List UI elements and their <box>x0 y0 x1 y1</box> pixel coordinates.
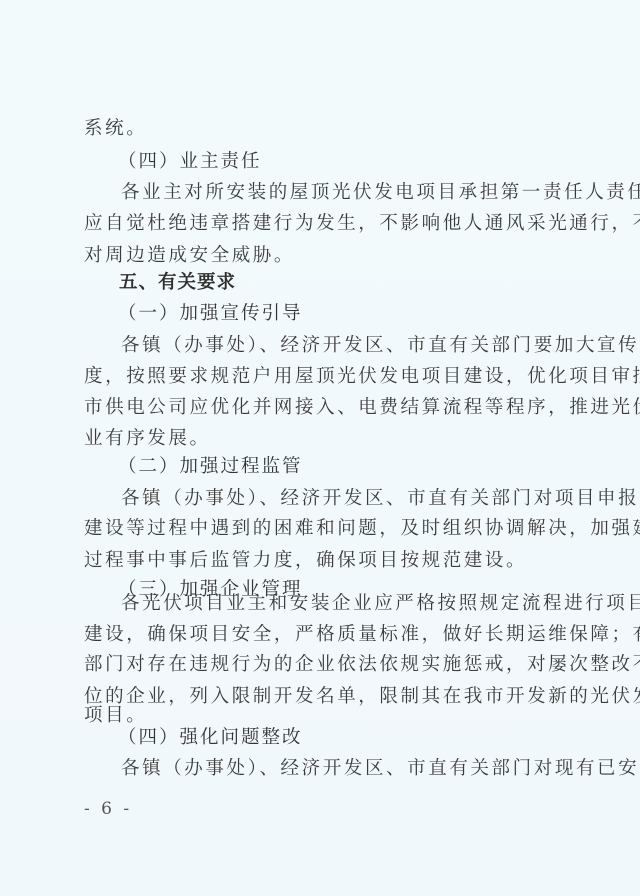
text-line: 建设等过程中遇到的困难和问题，及时组织协调解决，加强建设 <box>84 517 554 541</box>
text-line: 过程事中事后监管力度，确保项目按规范建设。 <box>84 549 554 573</box>
subheading-publicity: （一）加强宣传引导 <box>118 302 588 326</box>
subheading-owner-responsibility: （四）业主责任 <box>118 150 588 174</box>
text-line: 市供电公司应优化并网接入、电费结算流程等程序，推进光伏产 <box>84 396 554 420</box>
text-line: 项目。 <box>84 704 554 728</box>
subheading-process-supervision: （二）加强过程监管 <box>118 455 588 479</box>
text-line: 业有序发展。 <box>84 427 554 451</box>
text-line: 对周边造成安全威胁。 <box>84 244 554 268</box>
text-line: 各镇（办事处）、经济开发区、市直有关部门要加大宣传力 <box>121 334 591 358</box>
text-line: 建设，确保项目安全，严格质量标准，做好长期运维保障；有关 <box>84 623 554 647</box>
text-line: 各镇（办事处）、经济开发区、市直有关部门对现有已安装 <box>121 757 591 781</box>
subheading-problem-rectification: （四）强化问题整改 <box>118 726 588 750</box>
text-line: 部门对存在违规行为的企业依法依规实施惩戒，对屡次整改不到 <box>84 653 554 677</box>
page-number: - 6 - <box>84 799 132 819</box>
document-page: 系统。 （四）业主责任 各业主对所安装的屋顶光伏发电项目承担第一责任人责任， 应… <box>0 0 640 896</box>
text-line: 各业主对所安装的屋顶光伏发电项目承担第一责任人责任， <box>121 181 591 205</box>
text-line: 各光伏项目业主和安装企业应严格按照规定流程进行项目 <box>121 592 591 616</box>
text-line: 应自觉杜绝违章搭建行为发生，不影响他人通风采光通行，不能 <box>84 212 554 236</box>
text-line: 度，按照要求规范户用屋顶光伏发电项目建设，优化项目审批； <box>84 365 554 389</box>
section-heading-requirements: 五、有关要求 <box>119 271 589 295</box>
text-line: 各镇（办事处）、经济开发区、市直有关部门对项目申报、 <box>121 487 591 511</box>
text-line: 系统。 <box>84 117 554 141</box>
